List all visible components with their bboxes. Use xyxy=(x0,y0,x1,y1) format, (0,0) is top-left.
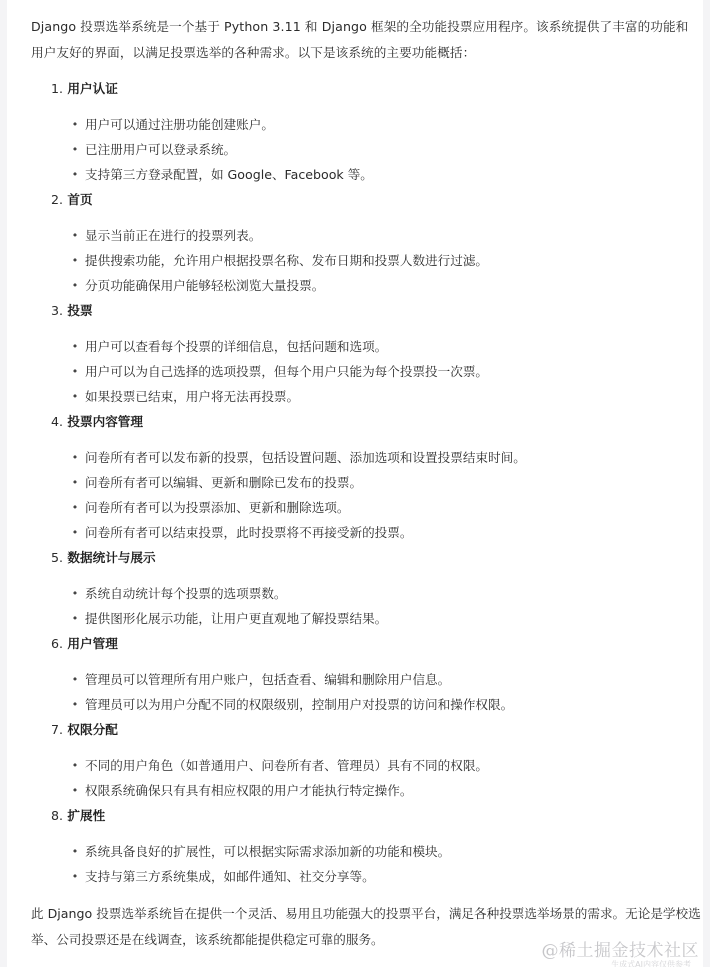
bullet-icon: • xyxy=(71,606,79,631)
list-item-text: 问卷所有者可以为投票添加、更新和删除选项。 xyxy=(85,500,349,515)
list-item-text: 管理员可以为用户分配不同的权限级别，控制用户对投票的访问和操作权限。 xyxy=(85,697,513,712)
section-heading: 5. 数据统计与展示 xyxy=(31,545,701,571)
list-item-text: 如果投票已结束，用户将无法再投票。 xyxy=(85,389,299,404)
list-item-text: 用户可以查看每个投票的详细信息，包括问题和选项。 xyxy=(85,339,387,354)
list-item: •不同的用户角色（如普通用户、问卷所有者、管理员）具有不同的权限。 xyxy=(71,753,701,778)
section-heading: 7. 权限分配 xyxy=(31,717,701,743)
list-item: •管理员可以管理所有用户账户，包括查看、编辑和删除用户信息。 xyxy=(71,667,701,692)
section-home: 2. 首页 •显示当前正在进行的投票列表。 •提供搜索功能，允许用户根据投票名称… xyxy=(31,187,701,298)
watermark: @稀土掘金技术社区 xyxy=(542,936,700,961)
message-card: Django 投票选举系统是一个基于 Python 3.11 和 Django … xyxy=(7,0,703,967)
list-item: •问卷所有者可以发布新的投票，包括设置问题、添加选项和设置投票结束时间。 xyxy=(71,445,701,470)
section-title: 数据统计与展示 xyxy=(67,550,155,565)
bullet-list: •系统具备良好的扩展性，可以根据实际需求添加新的功能和模块。 •支持与第三方系统… xyxy=(31,839,701,889)
intro-paragraph: Django 投票选举系统是一个基于 Python 3.11 和 Django … xyxy=(31,14,701,66)
list-item: •问卷所有者可以结束投票，此时投票将不再接受新的投票。 xyxy=(71,520,701,545)
list-item: •管理员可以为用户分配不同的权限级别，控制用户对投票的访问和操作权限。 xyxy=(71,692,701,717)
section-title: 用户认证 xyxy=(67,81,117,96)
bullet-icon: • xyxy=(71,753,79,778)
list-item: •提供搜索功能，允许用户根据投票名称、发布日期和投票人数进行过滤。 xyxy=(71,248,701,273)
bullet-icon: • xyxy=(71,495,79,520)
list-item: •问卷所有者可以为投票添加、更新和删除选项。 xyxy=(71,495,701,520)
list-item: •分页功能确保用户能够轻松浏览大量投票。 xyxy=(71,273,701,298)
bullet-icon: • xyxy=(71,581,79,606)
bullet-icon: • xyxy=(71,162,79,187)
bullet-icon: • xyxy=(71,384,79,409)
list-item-text: 用户可以为自己选择的选项投票，但每个用户只能为每个投票投一次票。 xyxy=(85,364,488,379)
section-title: 投票 xyxy=(67,303,92,318)
section-heading: 4. 投票内容管理 xyxy=(31,409,701,435)
list-item: •提供图形化展示功能，让用户更直观地了解投票结果。 xyxy=(71,606,701,631)
message-content: Django 投票选举系统是一个基于 Python 3.11 和 Django … xyxy=(31,14,701,953)
section-number: 6. xyxy=(51,636,63,651)
section-extensibility: 8. 扩展性 •系统具备良好的扩展性，可以根据实际需求添加新的功能和模块。 •支… xyxy=(31,803,701,889)
bullet-icon: • xyxy=(71,137,79,162)
list-item-text: 提供图形化展示功能，让用户更直观地了解投票结果。 xyxy=(85,611,387,626)
bullet-list: •显示当前正在进行的投票列表。 •提供搜索功能，允许用户根据投票名称、发布日期和… xyxy=(31,223,701,298)
section-number: 2. xyxy=(51,192,63,207)
bullet-list: •管理员可以管理所有用户账户，包括查看、编辑和删除用户信息。 •管理员可以为用户… xyxy=(31,667,701,717)
section-user-management: 6. 用户管理 •管理员可以管理所有用户账户，包括查看、编辑和删除用户信息。 •… xyxy=(31,631,701,717)
list-item: •用户可以查看每个投票的详细信息，包括问题和选项。 xyxy=(71,334,701,359)
section-heading: 3. 投票 xyxy=(31,298,701,324)
section-title: 首页 xyxy=(67,192,92,207)
list-item-text: 分页功能确保用户能够轻松浏览大量投票。 xyxy=(85,278,324,293)
list-item-text: 管理员可以管理所有用户账户，包括查看、编辑和删除用户信息。 xyxy=(85,672,450,687)
section-statistics: 5. 数据统计与展示 •系统自动统计每个投票的选项票数。 •提供图形化展示功能，… xyxy=(31,545,701,631)
bullet-icon: • xyxy=(71,520,79,545)
list-item: •系统具备良好的扩展性，可以根据实际需求添加新的功能和模块。 xyxy=(71,839,701,864)
list-item-text: 不同的用户角色（如普通用户、问卷所有者、管理员）具有不同的权限。 xyxy=(85,758,488,773)
list-item: •用户可以为自己选择的选项投票，但每个用户只能为每个投票投一次票。 xyxy=(71,359,701,384)
bullet-icon: • xyxy=(71,334,79,359)
list-item: •支持与第三方系统集成，如邮件通知、社交分享等。 xyxy=(71,864,701,889)
section-number: 3. xyxy=(51,303,63,318)
list-item: •系统自动统计每个投票的选项票数。 xyxy=(71,581,701,606)
list-item-text: 支持与第三方系统集成，如邮件通知、社交分享等。 xyxy=(85,869,375,884)
list-item-text: 已注册用户可以登录系统。 xyxy=(85,142,236,157)
bullet-list: •用户可以查看每个投票的详细信息，包括问题和选项。 •用户可以为自己选择的选项投… xyxy=(31,334,701,409)
section-number: 5. xyxy=(51,550,63,565)
section-content-management: 4. 投票内容管理 •问卷所有者可以发布新的投票，包括设置问题、添加选项和设置投… xyxy=(31,409,701,545)
section-heading: 6. 用户管理 xyxy=(31,631,701,657)
bullet-icon: • xyxy=(71,778,79,803)
list-item: •支持第三方登录配置，如 Google、Facebook 等。 xyxy=(71,162,701,187)
section-voting: 3. 投票 •用户可以查看每个投票的详细信息，包括问题和选项。 •用户可以为自己… xyxy=(31,298,701,409)
list-item-text: 问卷所有者可以编辑、更新和删除已发布的投票。 xyxy=(85,475,362,490)
bullet-list: •系统自动统计每个投票的选项票数。 •提供图形化展示功能，让用户更直观地了解投票… xyxy=(31,581,701,631)
list-item-text: 显示当前正在进行的投票列表。 xyxy=(85,228,261,243)
bullet-icon: • xyxy=(71,445,79,470)
section-number: 8. xyxy=(51,808,63,823)
list-item-text: 系统自动统计每个投票的选项票数。 xyxy=(85,586,287,601)
list-item-text: 问卷所有者可以发布新的投票，包括设置问题、添加选项和设置投票结束时间。 xyxy=(85,450,526,465)
bullet-icon: • xyxy=(71,864,79,889)
list-item: •显示当前正在进行的投票列表。 xyxy=(71,223,701,248)
list-item: •已注册用户可以登录系统。 xyxy=(71,137,701,162)
section-heading: 2. 首页 xyxy=(31,187,701,213)
section-user-auth: 1. 用户认证 •用户可以通过注册功能创建账户。 •已注册用户可以登录系统。 •… xyxy=(31,76,701,187)
list-item-text: 支持第三方登录配置，如 Google、Facebook 等。 xyxy=(85,167,373,182)
section-title: 扩展性 xyxy=(67,808,105,823)
bullet-icon: • xyxy=(71,359,79,384)
feature-list: 1. 用户认证 •用户可以通过注册功能创建账户。 •已注册用户可以登录系统。 •… xyxy=(31,76,701,889)
bullet-list: •问卷所有者可以发布新的投票，包括设置问题、添加选项和设置投票结束时间。 •问卷… xyxy=(31,445,701,545)
list-item: •用户可以通过注册功能创建账户。 xyxy=(71,112,701,137)
list-item: •如果投票已结束，用户将无法再投票。 xyxy=(71,384,701,409)
list-item-text: 问卷所有者可以结束投票，此时投票将不再接受新的投票。 xyxy=(85,525,412,540)
list-item-text: 权限系统确保只有具有相应权限的用户才能执行特定操作。 xyxy=(85,783,412,798)
list-item: •权限系统确保只有具有相应权限的用户才能执行特定操作。 xyxy=(71,778,701,803)
bullet-icon: • xyxy=(71,692,79,717)
watermark-subtext: 生成式AI内容仅供参考 xyxy=(611,959,691,967)
bullet-icon: • xyxy=(71,248,79,273)
bullet-list: •不同的用户角色（如普通用户、问卷所有者、管理员）具有不同的权限。 •权限系统确… xyxy=(31,753,701,803)
section-permissions: 7. 权限分配 •不同的用户角色（如普通用户、问卷所有者、管理员）具有不同的权限… xyxy=(31,717,701,803)
list-item-text: 用户可以通过注册功能创建账户。 xyxy=(85,117,274,132)
list-item: •问卷所有者可以编辑、更新和删除已发布的投票。 xyxy=(71,470,701,495)
bullet-icon: • xyxy=(71,839,79,864)
section-title: 用户管理 xyxy=(67,636,117,651)
section-number: 7. xyxy=(51,722,63,737)
bullet-list: •用户可以通过注册功能创建账户。 •已注册用户可以登录系统。 •支持第三方登录配… xyxy=(31,112,701,187)
section-number: 1. xyxy=(51,81,63,96)
section-title: 权限分配 xyxy=(67,722,117,737)
bullet-icon: • xyxy=(71,112,79,137)
bullet-icon: • xyxy=(71,667,79,692)
bullet-icon: • xyxy=(71,273,79,298)
bullet-icon: • xyxy=(71,223,79,248)
section-title: 投票内容管理 xyxy=(67,414,143,429)
section-heading: 1. 用户认证 xyxy=(31,76,701,102)
section-number: 4. xyxy=(51,414,63,429)
section-heading: 8. 扩展性 xyxy=(31,803,701,829)
list-item-text: 系统具备良好的扩展性，可以根据实际需求添加新的功能和模块。 xyxy=(85,844,450,859)
list-item-text: 提供搜索功能，允许用户根据投票名称、发布日期和投票人数进行过滤。 xyxy=(85,253,488,268)
bullet-icon: • xyxy=(71,470,79,495)
